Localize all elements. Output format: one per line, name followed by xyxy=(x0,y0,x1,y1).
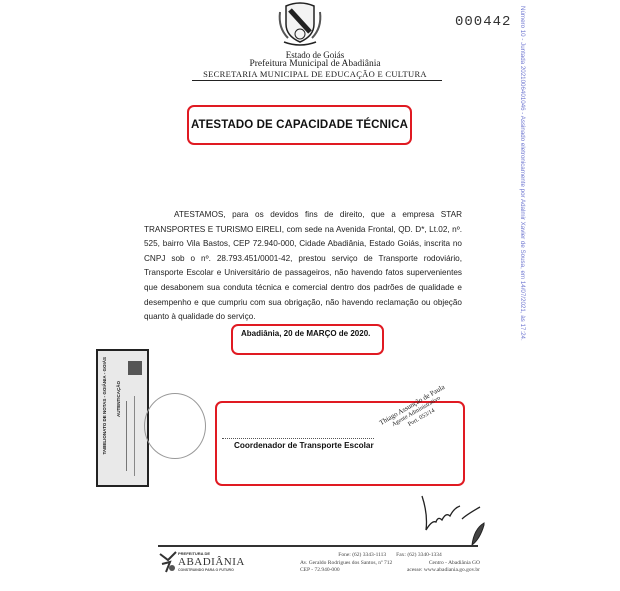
attestation-body: ATESTAMOS, para os devidos fins de direi… xyxy=(144,208,462,325)
footer-website[interactable]: acesse: www.abadiania.go.gov.br xyxy=(407,567,480,575)
notary-line xyxy=(134,396,135,476)
header-divider xyxy=(192,80,442,81)
document-number: 000442 xyxy=(455,14,511,30)
handwritten-initials-icon xyxy=(458,505,488,555)
notary-authentication-label: AUTENTICAÇÃO xyxy=(116,381,121,417)
footer-brand-slogan: CONSTRUINDO PARA O FUTURO xyxy=(178,568,234,572)
electronic-signature-annotation: Número 10 - Juntada 2021006401046 - Assi… xyxy=(512,6,526,346)
date-highlight-box: Abadiânia, 20 de MARÇO de 2020. xyxy=(231,324,384,355)
notary-office-label: TABELIONATO DE NOTAS - GOIÂNIA - GOIÁS xyxy=(102,357,107,455)
abadiania-logo-icon xyxy=(158,550,178,576)
footer-brand: ABADIÂNIA xyxy=(178,556,245,568)
footer-divider xyxy=(158,545,478,547)
title-highlight-box: ATESTADO DE CAPACIDADE TÉCNICA xyxy=(187,105,412,145)
notary-seal-icon xyxy=(128,361,142,375)
footer-cep: CEP - 72.940-000 xyxy=(300,567,340,575)
signatory-role: Coordenador de Transporte Escolar xyxy=(234,441,374,450)
document-title: ATESTADO DE CAPACIDADE TÉCNICA xyxy=(189,107,410,143)
header-secretariat: SECRETARIA MUNICIPAL DE EDUCAÇÃO E CULTU… xyxy=(190,69,440,79)
circular-seal-stamp xyxy=(144,393,206,459)
coat-of-arms-icon xyxy=(276,2,324,46)
footer-district: Centro - Abadiânia GO xyxy=(429,560,480,568)
signature-line xyxy=(222,438,374,439)
handwritten-signature-icon xyxy=(418,494,463,534)
notary-line xyxy=(126,401,127,471)
header-prefecture: Prefeitura Municipal de Abadiânia xyxy=(190,59,440,69)
footer-contact: Fone: (62) 3343-1113 Fax: (62) 3340-1334… xyxy=(300,552,480,575)
document-date: Abadiânia, 20 de MARÇO de 2020. xyxy=(233,326,390,341)
footer-fax: Fax: (62) 3340-1334 xyxy=(396,552,442,560)
footer-phone: Fone: (62) 3343-1113 xyxy=(338,552,386,560)
attestation-paragraph: ATESTAMOS, para os devidos fins de direi… xyxy=(144,208,462,325)
notary-authentication-stamp: TABELIONATO DE NOTAS - GOIÂNIA - GOIÁS A… xyxy=(96,349,149,487)
footer-address: Av. Geraldo Rodrigues dos Santos, nº 712 xyxy=(300,560,392,568)
